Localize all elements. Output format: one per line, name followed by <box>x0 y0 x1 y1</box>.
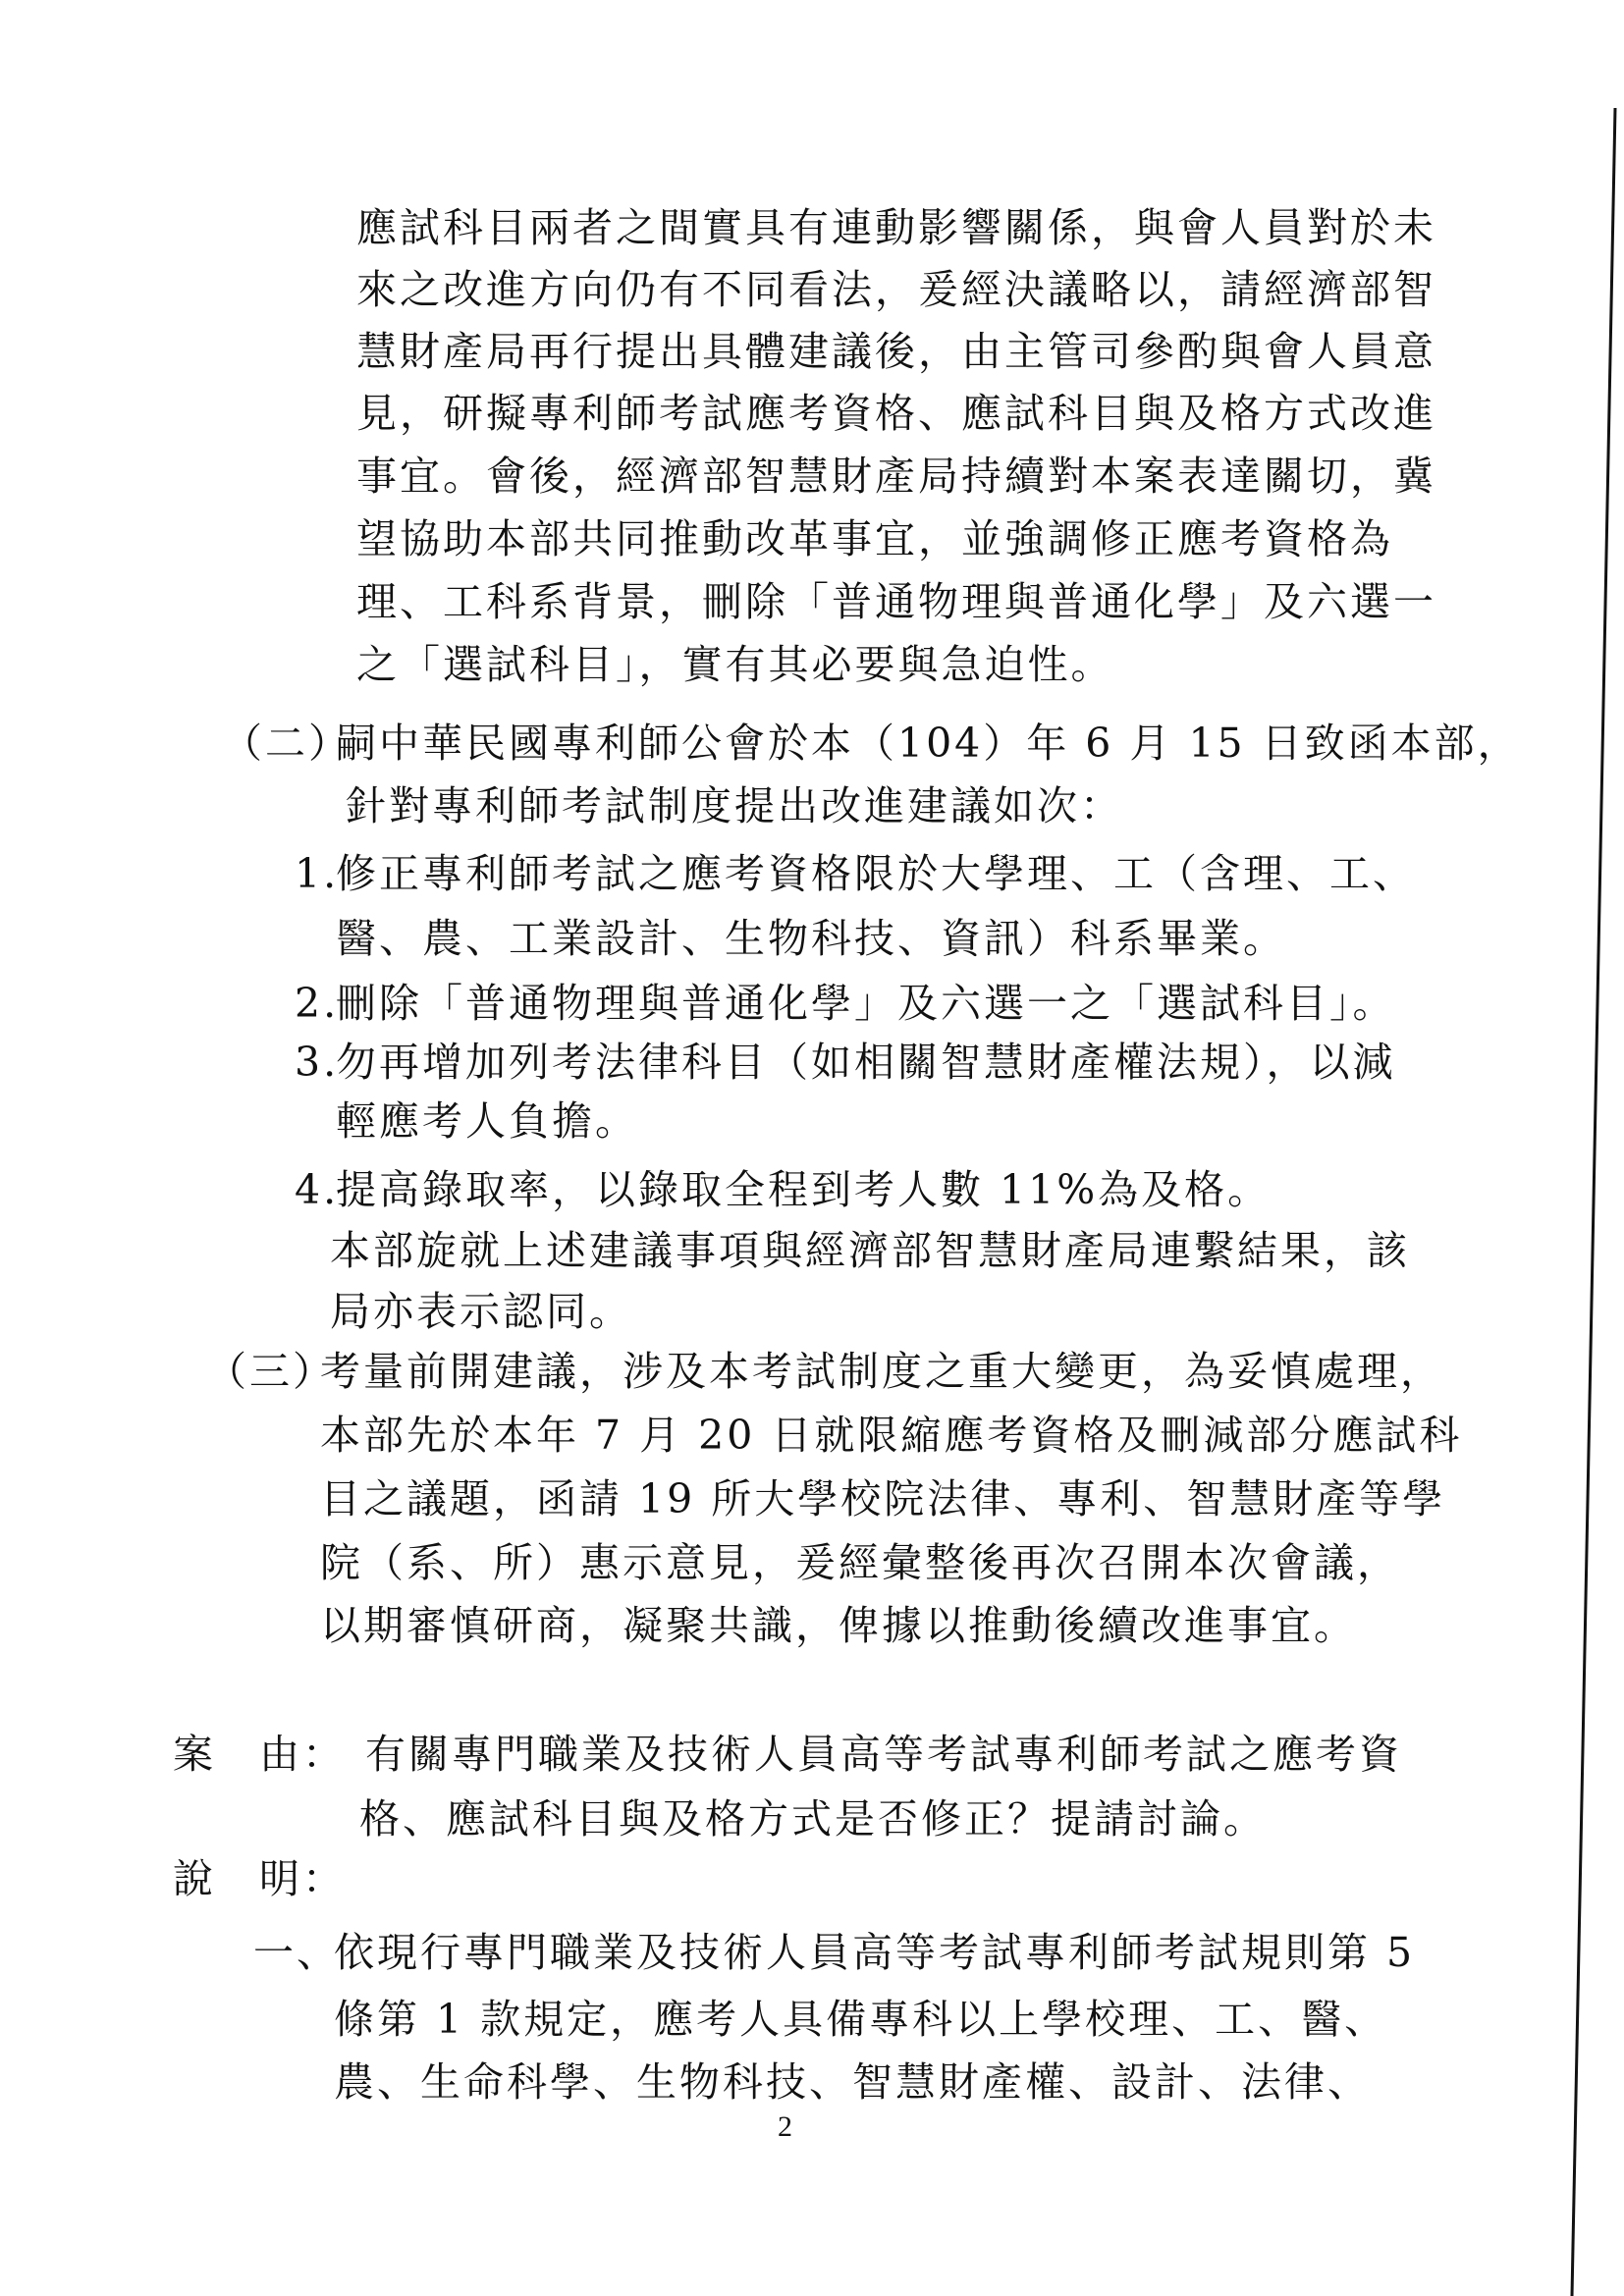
closing-line: 局亦表示認同。 <box>330 1288 632 1335</box>
paragraph-line: 理、工科系背景，刪除「普通物理與普通化學」及六選一 <box>356 578 1436 625</box>
explanation-line: 條第 1 款規定，應考人具備專科以上學校理、工、醫、 <box>334 1996 1387 2043</box>
explanation-line: 農、生命科學、生物科技、智慧財產權、設計、法律、 <box>334 2058 1371 2106</box>
document-page: 應試科目兩者之間實具有連動影響關係，與會人員對於未 來之改進方向仍有不同看法，爰… <box>0 0 1624 2296</box>
list-item-line: 醫、農、工業設計、生物科技、資訊）科系畢業。 <box>336 915 1286 962</box>
explanation-item-marker: 一、 <box>253 1929 340 1976</box>
section-marker: （二） <box>222 720 352 767</box>
paragraph-line: 來之改進方向仍有不同看法，爰經決議略以，請經濟部智 <box>356 266 1436 313</box>
list-item-line: 勿再增加列考法律科目（如相關智慧財產權法規），以減 <box>336 1039 1396 1086</box>
paragraph-line: 事宜。會後，經濟部智慧財產局持續對本案表達關切，冀 <box>356 453 1436 500</box>
section-line: 針對專利師考試制度提出改進建議如次： <box>346 782 1123 829</box>
list-item-number: 1. <box>295 850 339 897</box>
explanation-line: 依現行專門職業及技術人員高等考試專利師考試規則第 5 <box>334 1929 1415 1976</box>
paragraph-line: 應試科目兩者之間實具有連動影響關係，與會人員對於未 <box>356 204 1436 251</box>
list-item-line: 提高錄取率，以錄取全程到考人數 11%為及格。 <box>336 1166 1271 1213</box>
case-label: 案 由： <box>173 1731 346 1778</box>
case-line: 有關專門職業及技術人員高等考試專利師考試之應考資 <box>365 1731 1402 1778</box>
case-line: 格、應試科目與及格方式是否修正？提請討論。 <box>359 1795 1267 1842</box>
paragraph-line: 慧財產局再行提出具體建議後，由主管司參酌與會人員意 <box>356 328 1436 375</box>
list-item-line: 修正專利師考試之應考資格限於大學理、工（含理、工、 <box>336 850 1416 897</box>
list-item-line: 輕應考人負擔。 <box>336 1097 638 1145</box>
section-line: 目之議題，函請 19 所大學校院法律、專利、智慧財產等學 <box>320 1475 1445 1522</box>
section-line: 本部先於本年 7 月 20 日就限縮應考資格及刪減部分應試科 <box>320 1412 1462 1459</box>
paragraph-line: 望協助本部共同推動改革事宜，並強調修正應考資格為 <box>356 515 1393 562</box>
list-item-number: 3. <box>295 1039 339 1086</box>
list-item-number: 2. <box>295 980 339 1027</box>
section-line: 院（系、所）惠示意見，爰經彙整後再次召開本次會議， <box>320 1539 1400 1586</box>
section-line: 以期審慎研商，凝聚共識，俾據以推動後續改進事宜。 <box>320 1602 1357 1649</box>
section-line: 考量前開建議，涉及本考試制度之重大變更，為妥慎處理， <box>320 1348 1443 1395</box>
explanation-label: 說 明： <box>173 1855 346 1902</box>
list-item-number: 4. <box>295 1166 339 1213</box>
section-marker: （三） <box>206 1348 336 1395</box>
page-number: 2 <box>778 2110 792 2144</box>
list-item-line: 刪除「普通物理與普通化學」及六選一之「選試科目」。 <box>336 980 1396 1027</box>
closing-line: 本部旋就上述建議事項與經濟部智慧財產局連繫結果，該 <box>330 1227 1410 1274</box>
paragraph-line: 之「選試科目」，實有其必要與急迫性。 <box>356 641 1114 688</box>
paragraph-line: 見，研擬專利師考試應考資格、應試科目與及格方式改進 <box>356 390 1436 437</box>
section-line: 嗣中華民國專利師公會於本（104）年 6 月 15 日致函本部， <box>336 720 1521 767</box>
